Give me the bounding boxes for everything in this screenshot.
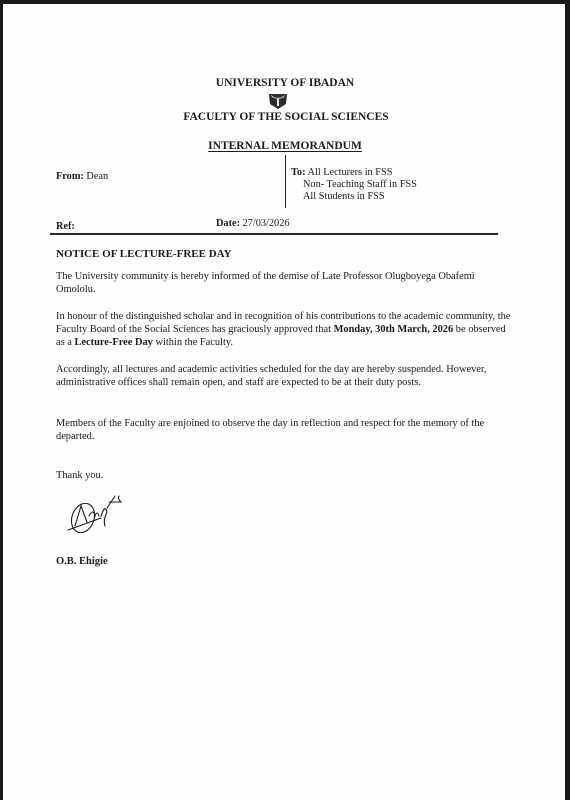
university-crest-icon xyxy=(268,92,288,110)
to-recipient: Non- Teaching Staff in FSS xyxy=(303,179,417,190)
institution-name: UNIVERSITY OF IBADAN xyxy=(4,77,566,89)
date-label: Date: xyxy=(216,218,240,229)
header-divider-vertical xyxy=(285,155,286,208)
memo-page: UNIVERSITY OF IBADAN FACULTY OF THE SOCI… xyxy=(3,4,565,800)
lecture-free-date: Monday, 30th March, 2026 xyxy=(334,324,454,335)
to-label: To: xyxy=(291,167,306,178)
from-field: From: Dean xyxy=(56,171,108,182)
to-recipient: All Lecturers in FSS xyxy=(308,167,393,178)
ref-field: Ref: xyxy=(56,221,75,232)
ref-label: Ref: xyxy=(56,221,75,232)
closing-text: Thank you. xyxy=(56,470,103,481)
date-value: 27/03/2026 xyxy=(243,218,290,229)
from-value: Dean xyxy=(86,171,108,182)
header-divider-horizontal xyxy=(50,233,498,235)
lecture-free-day-label: Lecture-Free Day xyxy=(74,337,152,348)
handwritten-signature-icon xyxy=(63,486,138,541)
signatory-name: O.B. Ehigie xyxy=(56,556,108,567)
date-field: Date: 27/03/2026 xyxy=(216,218,290,229)
from-label: From: xyxy=(56,171,84,182)
document-type-label: INTERNAL MEMORANDUM xyxy=(208,140,362,152)
paragraph-suspension: Accordingly, all lectures and academic a… xyxy=(56,363,516,389)
paragraph-reflection: Members of the Faculty are enjoined to o… xyxy=(56,417,516,443)
to-field: To: All Lecturers in FSS xyxy=(291,167,392,178)
paragraph-approval: In honour of the distinguished scholar a… xyxy=(56,310,516,350)
notice-title: NOTICE OF LECTURE-FREE DAY xyxy=(56,248,232,260)
paragraph-demise: The University community is hereby infor… xyxy=(56,270,516,296)
paragraph-text: within the Faculty. xyxy=(153,337,233,348)
document-type: INTERNAL MEMORANDUM xyxy=(4,140,566,152)
faculty-name: FACULTY OF THE SOCIAL SCIENCES xyxy=(5,111,567,123)
to-recipient: All Students in FSS xyxy=(303,191,385,202)
